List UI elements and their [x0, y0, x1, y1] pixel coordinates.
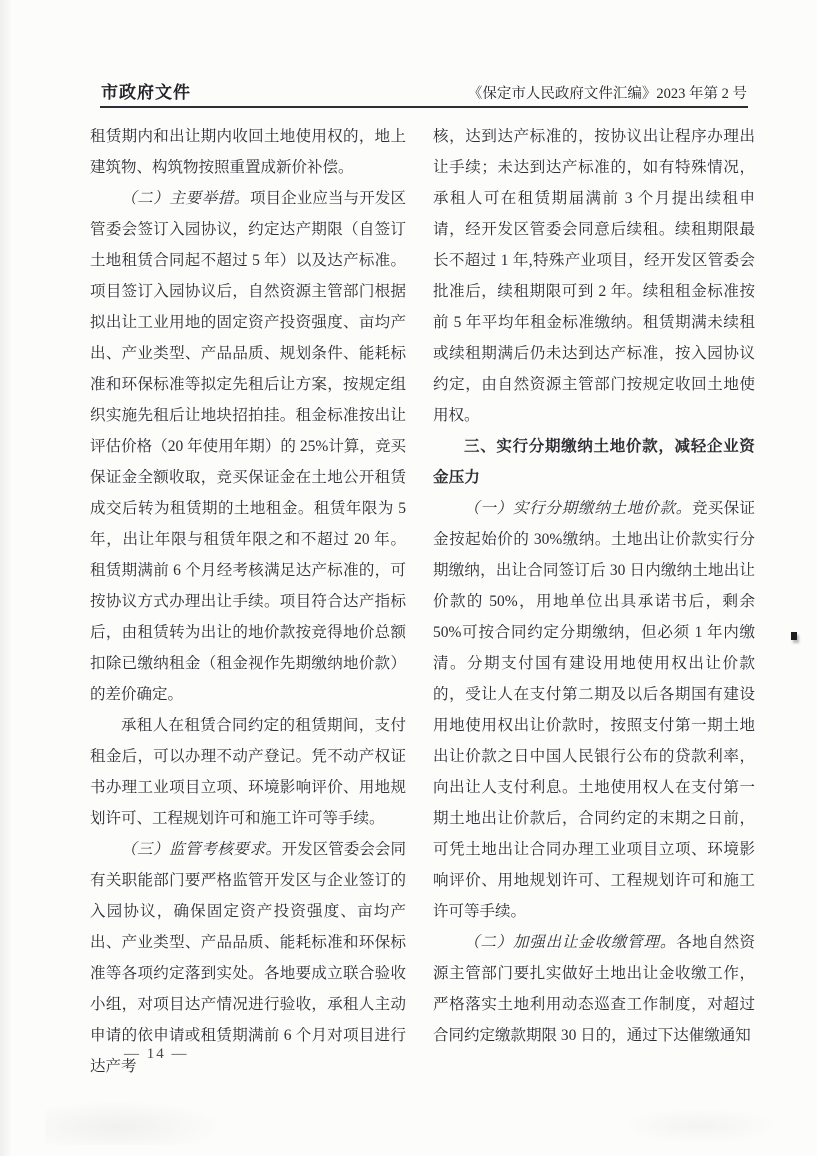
paragraph-lead: （二）加强出让金收缴管理。 [464, 934, 676, 951]
paragraph: 租赁期内和出让期内收回土地使用权的，地上建筑物、构筑物按照重置成新价补偿。 [90, 121, 406, 183]
paragraph: （一）实行分期缴纳土地价款。竞买保证金按起始价的 30%缴纳。土地出让价款实行分… [433, 493, 755, 927]
paragraph: 核，达到达产标准的，按协议出让程序办理出让手续；未达到达产标准的，如有特殊情况，… [433, 121, 755, 431]
paragraph-lead: （二）主要举措。 [121, 190, 250, 207]
header-rule [100, 106, 748, 108]
header-left-title: 市政府文件 [101, 78, 191, 103]
scan-speck-artifact [791, 632, 797, 640]
paragraph-text: 竞买保证金按起始价的 30%缴纳。土地出让价款实行分期缴纳，出让合同签订后 30… [433, 500, 755, 920]
paragraph: 承租人在租赁合同约定的租赁期间，支付租金后，可以办理不动产登记。凭不动产权证书办… [90, 710, 406, 834]
paragraph-lead: （一）实行分期缴纳土地价款。 [464, 500, 692, 517]
paragraph-text: 租赁期内和出让期内收回土地使用权的，地上建筑物、构筑物按照重置成新价补偿。 [90, 128, 406, 176]
text-columns: 租赁期内和出让期内收回土地使用权的，地上建筑物、构筑物按照重置成新价补偿。 （二… [90, 121, 755, 1082]
paragraph-text: 开发区管委会会同有关职能部门要严格监管开发区与企业签订的入园协议，确保固定资产投… [90, 841, 406, 1075]
header-right-title: 《保定市人民政府文件汇编》2023 年第 2 号 [468, 82, 747, 103]
paragraph-text: 承租人在租赁合同约定的租赁期间，支付租金后，可以办理不动产登记。凭不动产权证书办… [90, 717, 406, 827]
paragraph: （二）加强出让金收缴管理。各地自然资源主管部门要扎实做好土地出让金收缴工作，严格… [433, 927, 755, 1051]
scan-smudge-bottom-left [45, 1100, 225, 1145]
paragraph: （二）主要举措。项目企业应当与开发区管委会签订入园协议，约定达产期限（自签订土地… [90, 183, 406, 710]
page-number: — 14 — [124, 1046, 189, 1063]
paragraph-text: 项目企业应当与开发区管委会签订入园协议，约定达产期限（自签订土地租赁合同起不超过… [90, 190, 406, 703]
paragraph-text: 核，达到达产标准的，按协议出让程序办理出让手续；未达到达产标准的，如有特殊情况，… [433, 128, 755, 424]
document-page: 市政府文件 《保定市人民政府文件汇编》2023 年第 2 号 租赁期内和出让期内… [0, 0, 817, 1156]
paragraph-lead: （三）监管考核要求。 [121, 841, 282, 858]
paragraph: （三）监管考核要求。开发区管委会会同有关职能部门要严格监管开发区与企业签订的入园… [90, 834, 406, 1082]
scan-smudge-bottom-right [620, 1108, 780, 1144]
left-column: 租赁期内和出让期内收回土地使用权的，地上建筑物、构筑物按照重置成新价补偿。 （二… [90, 121, 406, 1082]
page-header: 市政府文件 《保定市人民政府文件汇编》2023 年第 2 号 [101, 78, 747, 103]
section-heading: 三、实行分期缴纳土地价款，减轻企业资金压力 [433, 431, 755, 493]
right-column: 核，达到达产标准的，按协议出让程序办理出让手续；未达到达产标准的，如有特殊情况，… [433, 121, 755, 1082]
